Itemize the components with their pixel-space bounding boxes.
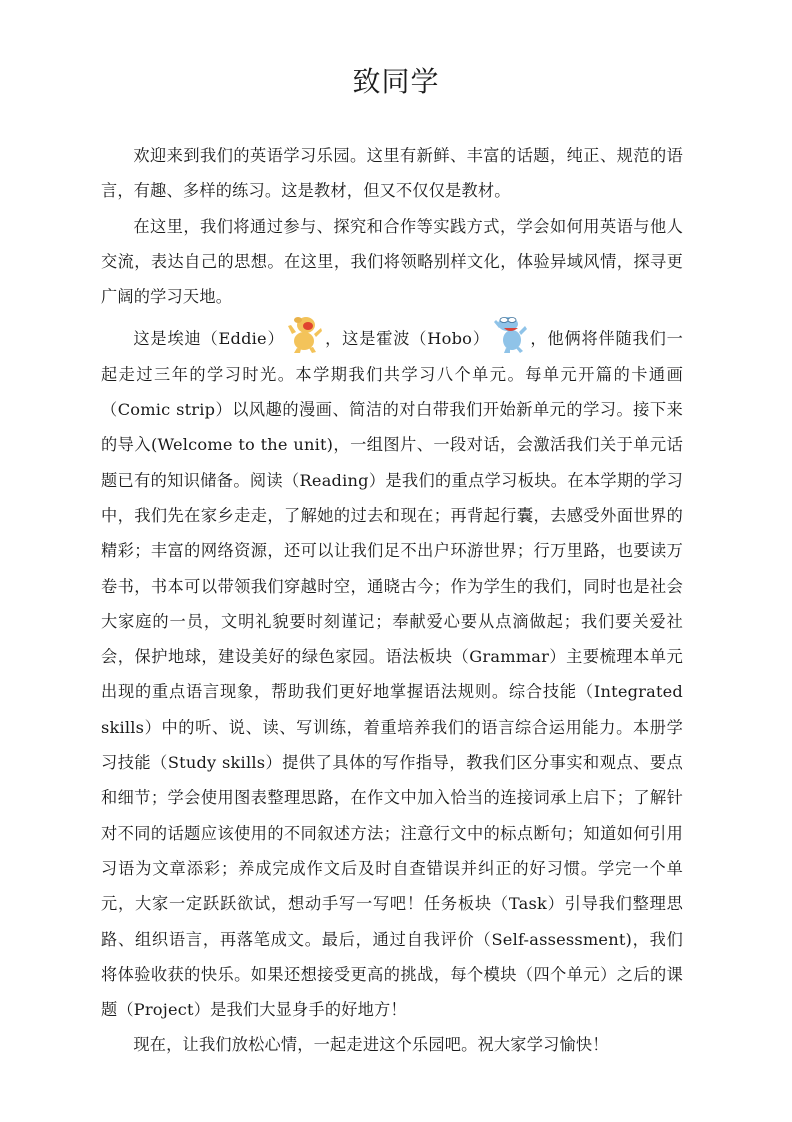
paragraph-closing: 现在，让我们放松心情，一起走进这个乐园吧。祝大家学习愉快！ xyxy=(101,1027,683,1062)
book-overview-text: ，他俩将伴随我们一起走过三年的学习时光。本学期我们共学习八个单元。每单元开篇的卡… xyxy=(101,329,683,1019)
intro-eddie-text: 这是埃迪（Eddie） xyxy=(133,329,284,348)
intro-hobo-text: ，这是霍波（Hobo） xyxy=(325,329,490,348)
page-title: 致同学 xyxy=(0,62,792,102)
hobo-mascot-icon xyxy=(492,314,528,354)
paragraph-welcome: 欢迎来到我们的英语学习乐园。这里有新鲜、丰富的话题，纯正、规范的语言，有趣、多样… xyxy=(101,138,683,209)
paragraph-book-overview: 这是埃迪（Eddie） ，这是霍波（Hobo） ，他俩将伴随我们一起走 xyxy=(101,314,683,1027)
paragraph-learning-approach: 在这里，我们将通过参与、探究和合作等实践方式，学会如何用英语与他人交流，表达自己… xyxy=(101,209,683,315)
eddie-mascot-icon xyxy=(287,314,323,354)
letter-body: 欢迎来到我们的英语学习乐园。这里有新鲜、丰富的话题，纯正、规范的语言，有趣、多样… xyxy=(101,138,683,1063)
